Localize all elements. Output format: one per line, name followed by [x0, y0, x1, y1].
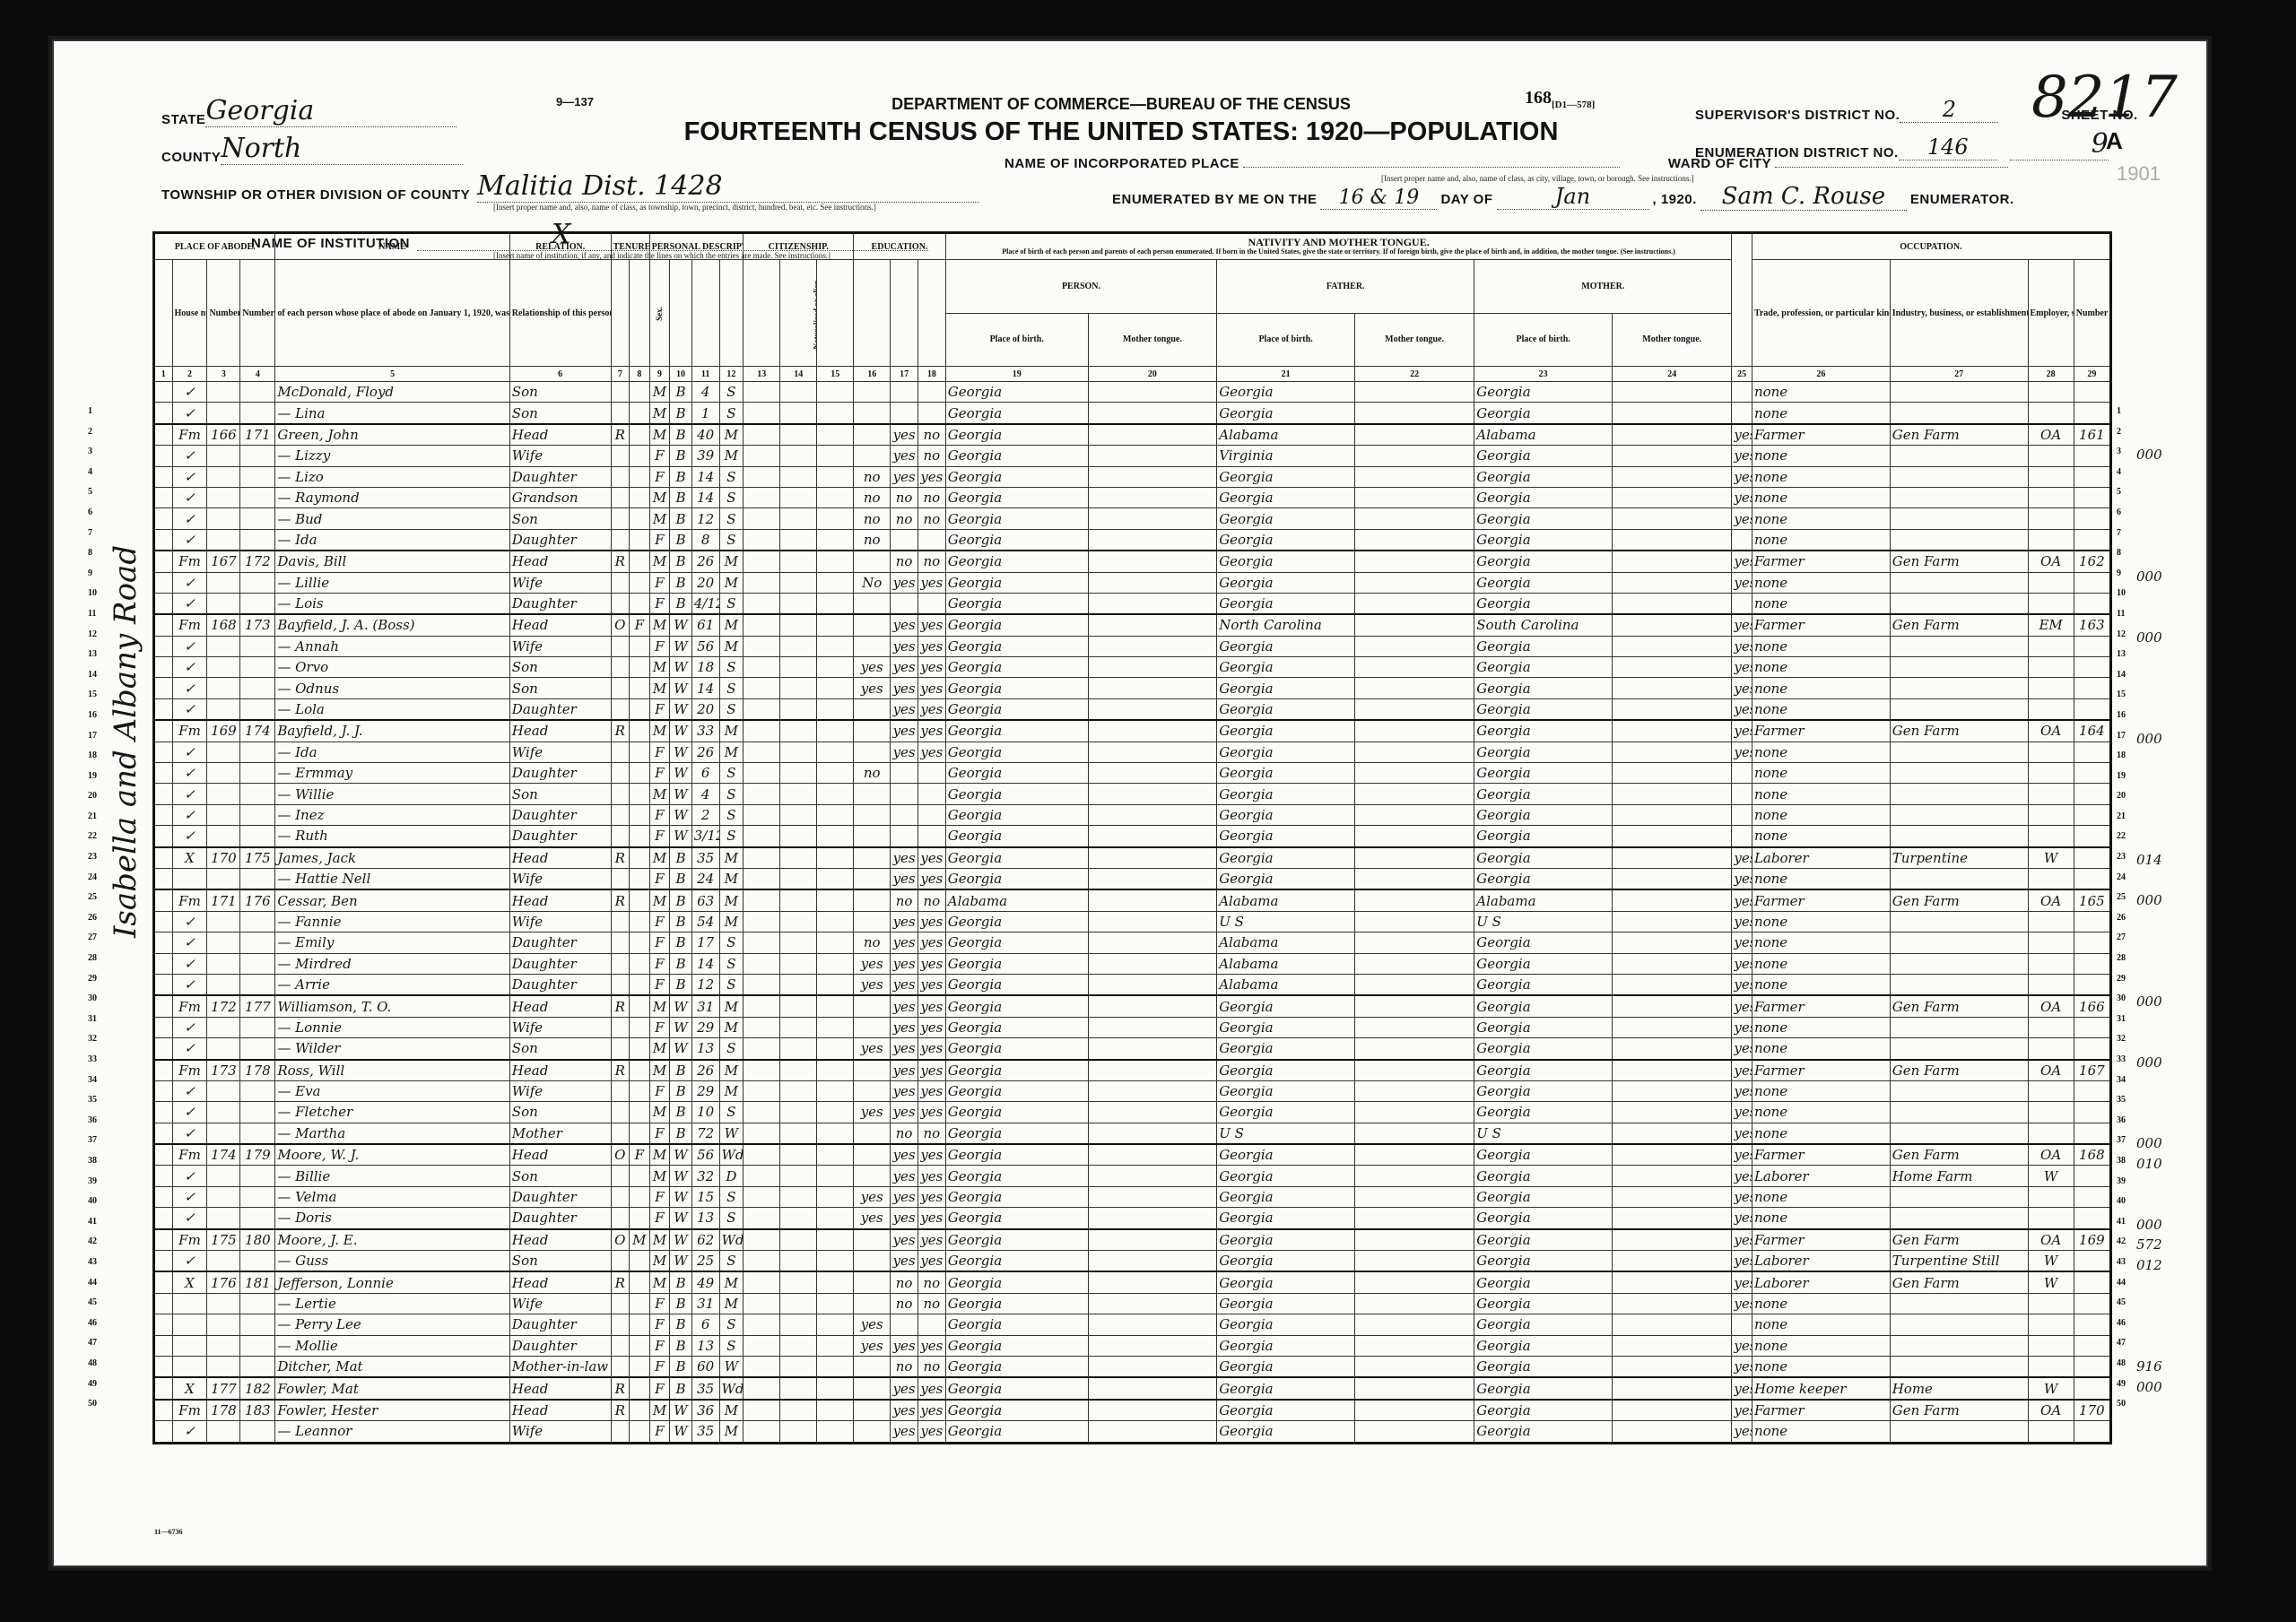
cell-c8 — [630, 593, 650, 614]
cell-c17: yes — [891, 446, 918, 466]
cell-c24 — [1613, 953, 1732, 974]
cell-age: 6 — [691, 1314, 719, 1335]
cell-c18: no — [918, 487, 945, 507]
cell-c20 — [1088, 1293, 1217, 1314]
cell-rel: Daughter — [509, 974, 611, 995]
cell-c14 — [780, 847, 817, 869]
line-number: 20 — [88, 791, 97, 811]
cell-c14 — [780, 1166, 817, 1186]
cell-race: B — [670, 466, 692, 487]
table-row: ✓— BillieSonMW32DyesyesGeorgiaGeorgiaGeo… — [154, 1166, 2111, 1186]
cell-c15 — [817, 1251, 854, 1272]
cell-c24 — [1613, 1144, 1732, 1166]
cell-c18: yes — [918, 1335, 945, 1356]
cell-c14 — [780, 446, 817, 466]
cell-age: 6 — [691, 763, 719, 784]
line-number: 10 — [2117, 588, 2135, 609]
margin-code — [2136, 507, 2162, 528]
cell-c15 — [817, 1060, 854, 1081]
cell-c28: W — [2028, 1251, 2074, 1272]
cell-c22 — [1354, 1080, 1474, 1101]
cell-ind — [1890, 763, 2028, 784]
cell-ind — [1890, 529, 2028, 551]
cell-rel: Son — [509, 403, 611, 424]
cell-bp: Georgia — [945, 698, 1088, 720]
cell-fbp: Georgia — [1217, 1038, 1355, 1060]
cell-rel: Son — [509, 1038, 611, 1060]
cell-c13 — [744, 974, 780, 995]
cell-c24 — [1613, 466, 1732, 487]
cell-c24 — [1613, 1060, 1732, 1081]
cell-rel: Son — [509, 382, 611, 403]
cell-c15 — [817, 1229, 854, 1251]
cell-c25: yes — [1732, 614, 1752, 636]
cell-c28: OA — [2028, 1400, 2074, 1421]
cell-race: B — [670, 847, 692, 869]
cell-c2: ✓ — [172, 974, 207, 995]
cell-rel: Daughter — [509, 804, 611, 825]
cell-ms: S — [719, 678, 744, 698]
cell-c3: 173 — [207, 1060, 240, 1081]
cell-c7 — [611, 466, 630, 487]
cell-c28: OA — [2028, 889, 2074, 911]
cell-ind — [1890, 911, 2028, 932]
cell-name: — Odnus — [275, 678, 509, 698]
cell-c18 — [918, 403, 945, 424]
cell-c20 — [1088, 1123, 1217, 1144]
cell-ms: S — [719, 508, 744, 529]
cell-c7: R — [611, 1377, 630, 1399]
cell-fbp: Georgia — [1217, 1080, 1355, 1101]
cell-c1 — [154, 657, 173, 678]
cell-c7 — [611, 1017, 630, 1037]
cell-mbp: Georgia — [1474, 932, 1613, 953]
cell-c17 — [891, 784, 918, 804]
cell-race: W — [670, 1229, 692, 1251]
cell-c1 — [154, 1335, 173, 1356]
cell-c28: W — [2028, 1166, 2074, 1186]
cell-name: — Inez — [275, 804, 509, 825]
cell-c1 — [154, 974, 173, 995]
line-number: 16 — [2117, 710, 2135, 731]
cell-c18: yes — [918, 1060, 945, 1081]
cell-c8 — [630, 466, 650, 487]
table-row: ✓— FletcherSonMB10SyesyesyesGeorgiaGeorg… — [154, 1102, 2111, 1123]
margin-code — [2136, 528, 2162, 549]
cell-ms: Wd — [719, 1377, 744, 1399]
cell-c13 — [744, 1293, 780, 1314]
column-number: 17 — [891, 367, 918, 382]
cell-name: — Velma — [275, 1186, 509, 1207]
line-number: 13 — [88, 649, 97, 670]
cell-bp: Georgia — [945, 1060, 1088, 1081]
cell-occ: none — [1752, 826, 1890, 847]
cell-c8 — [630, 974, 650, 995]
cell-bp: Georgia — [945, 1186, 1088, 1207]
cell-c18: yes — [918, 1400, 945, 1421]
cell-c15 — [817, 424, 854, 446]
cell-c25 — [1732, 403, 1752, 424]
cell-occ: Farmer — [1752, 720, 1890, 742]
cell-name: — Bud — [275, 508, 509, 529]
cell-c3 — [207, 678, 240, 698]
cell-c7 — [611, 1123, 630, 1144]
cell-c24 — [1613, 636, 1732, 656]
cell-c25: yes — [1732, 847, 1752, 869]
cell-c29: 161 — [2074, 424, 2110, 446]
cell-c20 — [1088, 1038, 1217, 1060]
cell-c24 — [1613, 974, 1732, 995]
cell-c29 — [2074, 1017, 2110, 1037]
cell-fbp: North Carolina — [1217, 614, 1355, 636]
cell-c25 — [1732, 804, 1752, 825]
pencil-note: 1901 — [2117, 162, 2161, 186]
cell-c8 — [630, 508, 650, 529]
cell-c7 — [611, 1251, 630, 1272]
cell-c1 — [154, 1186, 173, 1207]
cell-rel: Wife — [509, 572, 611, 593]
cell-occ: Farmer — [1752, 551, 1890, 572]
cell-ms: S — [719, 1251, 744, 1272]
cell-c2 — [172, 1314, 207, 1335]
cell-sex: F — [649, 1314, 670, 1335]
cell-c22 — [1354, 614, 1474, 636]
line-number: 39 — [88, 1176, 97, 1197]
cell-c18: no — [918, 1271, 945, 1293]
cell-fbp: Alabama — [1217, 889, 1355, 911]
cell-c7 — [611, 784, 630, 804]
cell-ms: M — [719, 572, 744, 593]
right-line-numbers: 1234567891011121314151617181920212223242… — [2117, 406, 2135, 1419]
cell-c2: ✓ — [172, 911, 207, 932]
cell-c24 — [1613, 678, 1732, 698]
cell-occ: none — [1752, 1038, 1890, 1060]
cell-c24 — [1613, 508, 1732, 529]
census-rows: ✓McDonald, FloydSonMB4SGeorgiaGeorgiaGeo… — [154, 382, 2111, 1444]
cell-rel: Wife — [509, 1421, 611, 1443]
cell-c14 — [780, 466, 817, 487]
enumerator-name: Sam C. Rouse — [1700, 183, 1907, 211]
cell-c4 — [240, 678, 275, 698]
cell-c1 — [154, 1208, 173, 1229]
cell-c24 — [1613, 1186, 1732, 1207]
cell-c4 — [240, 1080, 275, 1101]
cell-rel: Grandson — [509, 487, 611, 507]
cell-mbp: U S — [1474, 911, 1613, 932]
cell-c24 — [1613, 593, 1732, 614]
table-row: ✓— LolaDaughterFW20SyesyesGeorgiaGeorgia… — [154, 698, 2111, 720]
margin-code — [2136, 588, 2162, 609]
cell-race: W — [670, 614, 692, 636]
cell-age: 13 — [691, 1335, 719, 1356]
cell-c14 — [780, 1123, 817, 1144]
table-row: ✓— LonnieWifeFW29MyesyesGeorgiaGeorgiaGe… — [154, 1017, 2111, 1037]
cell-c3 — [207, 804, 240, 825]
margin-street-note: Isabella and Albany Road — [108, 545, 143, 938]
cell-age: 2 — [691, 804, 719, 825]
cell-c20 — [1088, 678, 1217, 698]
cell-c2: ✓ — [172, 1251, 207, 1272]
cell-c16: no — [854, 763, 891, 784]
line-number: 29 — [2117, 974, 2135, 994]
cell-c22 — [1354, 974, 1474, 995]
cell-c13 — [744, 932, 780, 953]
cell-fbp: Georgia — [1217, 1017, 1355, 1037]
cell-race: B — [670, 911, 692, 932]
cell-c3 — [207, 1421, 240, 1443]
cell-c14 — [780, 1080, 817, 1101]
cell-occ: none — [1752, 1208, 1890, 1229]
line-number: 43 — [2117, 1257, 2135, 1278]
cell-c2: X — [172, 847, 207, 869]
cell-c16 — [854, 889, 891, 911]
cell-bp: Georgia — [945, 742, 1088, 762]
cell-c8 — [630, 804, 650, 825]
cell-sex: F — [649, 529, 670, 551]
table-row: ✓— LizzyWifeFB39MyesnoGeorgiaVirginiaGeo… — [154, 446, 2111, 466]
cell-fbp: Virginia — [1217, 446, 1355, 466]
cell-c8 — [630, 720, 650, 742]
line-number: 45 — [88, 1297, 97, 1318]
cell-c16: yes — [854, 1038, 891, 1060]
table-row: ✓— LeannorWifeFW35MyesyesGeorgiaGeorgiaG… — [154, 1421, 2111, 1443]
cell-mbp: Georgia — [1474, 742, 1613, 762]
cell-c29 — [2074, 742, 2110, 762]
cell-c3 — [207, 763, 240, 784]
cell-c18: yes — [918, 1080, 945, 1101]
cell-c20 — [1088, 720, 1217, 742]
cell-name: — Doris — [275, 1208, 509, 1229]
line-number: 22 — [88, 831, 97, 852]
cell-c15 — [817, 995, 854, 1017]
cell-c24 — [1613, 889, 1732, 911]
line-number: 35 — [88, 1095, 97, 1115]
cell-c17: yes — [891, 657, 918, 678]
cell-rel: Daughter — [509, 593, 611, 614]
cell-c29 — [2074, 593, 2110, 614]
cell-mbp: Georgia — [1474, 1335, 1613, 1356]
cell-ind — [1890, 1421, 2028, 1443]
line-number: 33 — [2117, 1054, 2135, 1075]
cell-c20 — [1088, 742, 1217, 762]
cell-c4 — [240, 1017, 275, 1037]
cell-c3 — [207, 953, 240, 974]
cell-c25: yes — [1732, 1251, 1752, 1272]
cell-c25: yes — [1732, 636, 1752, 656]
line-number: 6 — [2117, 507, 2135, 528]
cell-c7: R — [611, 720, 630, 742]
cell-name: — Lina — [275, 403, 509, 424]
cell-fbp: Alabama — [1217, 932, 1355, 953]
cell-c17: yes — [891, 1335, 918, 1356]
cell-name: — Lizo — [275, 466, 509, 487]
cell-fbp: Georgia — [1217, 1356, 1355, 1377]
cell-c14 — [780, 403, 817, 424]
cell-c20 — [1088, 614, 1217, 636]
cell-c16 — [854, 1356, 891, 1377]
cell-c4 — [240, 932, 275, 953]
cell-bp: Georgia — [945, 720, 1088, 742]
cell-sex: F — [649, 742, 670, 762]
cell-c22 — [1354, 742, 1474, 762]
cell-c20 — [1088, 446, 1217, 466]
cell-c17: yes — [891, 953, 918, 974]
line-number: 21 — [88, 811, 97, 832]
cell-c13 — [744, 1102, 780, 1123]
cell-c3 — [207, 1038, 240, 1060]
cell-name: — Lois — [275, 593, 509, 614]
cell-c28 — [2028, 657, 2074, 678]
cell-ms: M — [719, 995, 744, 1017]
cell-c7 — [611, 572, 630, 593]
cell-c14 — [780, 1421, 817, 1443]
cell-bp: Georgia — [945, 1377, 1088, 1399]
cell-c7 — [611, 1166, 630, 1186]
cell-bp: Georgia — [945, 868, 1088, 889]
line-number: 36 — [88, 1115, 97, 1136]
cell-c3: 167 — [207, 551, 240, 572]
cell-c7 — [611, 932, 630, 953]
cell-ms: M — [719, 1400, 744, 1421]
cell-c18: yes — [918, 847, 945, 869]
cell-c18 — [918, 382, 945, 403]
margin-code — [2136, 771, 2162, 792]
cell-name: — Fannie — [275, 911, 509, 932]
cell-c17: yes — [891, 636, 918, 656]
cell-c15 — [817, 551, 854, 572]
cell-c22 — [1354, 1102, 1474, 1123]
line-number: 2 — [88, 427, 97, 447]
cell-c20 — [1088, 953, 1217, 974]
line-number: 3 — [2117, 447, 2135, 467]
cell-c8 — [630, 424, 650, 446]
cell-age: 24 — [691, 868, 719, 889]
cell-occ: none — [1752, 932, 1890, 953]
line-number: 9 — [88, 568, 97, 589]
cell-c8: F — [630, 614, 650, 636]
cell-c15 — [817, 614, 854, 636]
cell-c3: 176 — [207, 1271, 240, 1293]
cell-sex: F — [649, 1186, 670, 1207]
table-row: — Perry LeeDaughterFB6SyesGeorgiaGeorgia… — [154, 1314, 2111, 1335]
cell-bp: Alabama — [945, 889, 1088, 911]
cell-c2: ✓ — [172, 636, 207, 656]
cell-occ: Home keeper — [1752, 1377, 1890, 1399]
cell-mbp: Alabama — [1474, 889, 1613, 911]
cell-ind — [1890, 678, 2028, 698]
cell-race: W — [670, 678, 692, 698]
line-number: 21 — [2117, 811, 2135, 832]
cell-c2: ✓ — [172, 487, 207, 507]
cell-c24 — [1613, 657, 1732, 678]
line-number: 34 — [2117, 1075, 2135, 1096]
cell-occ: none — [1752, 784, 1890, 804]
cell-c18: yes — [918, 1421, 945, 1443]
cell-name: Ross, Will — [275, 1060, 509, 1081]
cell-c24 — [1613, 572, 1732, 593]
group-citizenship: CITIZENSHIP. — [744, 233, 854, 260]
cell-rel: Daughter — [509, 953, 611, 974]
line-number: 42 — [88, 1236, 97, 1257]
margin-code — [2136, 974, 2162, 994]
cell-c28 — [2028, 826, 2074, 847]
cell-mbp: Georgia — [1474, 826, 1613, 847]
cell-c17: yes — [891, 1208, 918, 1229]
cell-occ: none — [1752, 382, 1890, 403]
cell-age: 26 — [691, 742, 719, 762]
cell-c13 — [744, 424, 780, 446]
cell-c4: 183 — [240, 1400, 275, 1421]
cell-c14 — [780, 868, 817, 889]
cell-c16: yes — [854, 1186, 891, 1207]
cell-age: 12 — [691, 974, 719, 995]
cell-c7 — [611, 1080, 630, 1101]
cell-rel: Wife — [509, 636, 611, 656]
cell-c29 — [2074, 1293, 2110, 1314]
cell-c18: no — [918, 508, 945, 529]
cell-c17: yes — [891, 995, 918, 1017]
cell-sex: M — [649, 784, 670, 804]
cell-c4: 173 — [240, 614, 275, 636]
cell-occ: none — [1752, 1335, 1890, 1356]
cell-fbp: Georgia — [1217, 1400, 1355, 1421]
line-number: 35 — [2117, 1095, 2135, 1115]
cell-c1 — [154, 953, 173, 974]
cell-c2: ✓ — [172, 1123, 207, 1144]
cell-c3 — [207, 1251, 240, 1272]
cell-c18 — [918, 763, 945, 784]
cell-ind: Gen Farm — [1890, 889, 2028, 911]
table-row: ✓— RuthDaughterFW3/12SGeorgiaGeorgiaGeor… — [154, 826, 2111, 847]
cell-c13 — [744, 911, 780, 932]
cell-fbp: Georgia — [1217, 1271, 1355, 1293]
cell-c13 — [744, 847, 780, 869]
cell-c8 — [630, 1377, 650, 1399]
cell-c3 — [207, 1186, 240, 1207]
cell-c15 — [817, 1123, 854, 1144]
col-21-header: Place of birth. — [1217, 313, 1355, 367]
cell-fbp: Georgia — [1217, 804, 1355, 825]
cell-ms: S — [719, 974, 744, 995]
cell-c25: yes — [1732, 889, 1752, 911]
col-24-header: Mother tongue. — [1613, 313, 1732, 367]
line-number: 32 — [88, 1034, 97, 1054]
cell-c2 — [172, 1335, 207, 1356]
cell-c13 — [744, 636, 780, 656]
line-number: 44 — [88, 1278, 97, 1298]
cell-c25: yes — [1732, 1144, 1752, 1166]
cell-ms: Wd — [719, 1229, 744, 1251]
cell-c18 — [918, 784, 945, 804]
cell-ind: Gen Farm — [1890, 614, 2028, 636]
cell-bp: Georgia — [945, 1229, 1088, 1251]
cell-fbp: Georgia — [1217, 529, 1355, 551]
cell-c14 — [780, 1271, 817, 1293]
cell-ind: Gen Farm — [1890, 1400, 2028, 1421]
cell-ms: S — [719, 932, 744, 953]
cell-c22 — [1354, 1060, 1474, 1081]
cell-c24 — [1613, 868, 1732, 889]
line-number: 12 — [2117, 629, 2135, 650]
cell-c15 — [817, 657, 854, 678]
cell-c8 — [630, 1166, 650, 1186]
cell-sex: M — [649, 382, 670, 403]
col-9-header: Sex. — [649, 260, 670, 367]
cell-c8 — [630, 1400, 650, 1421]
cell-c8 — [630, 868, 650, 889]
cell-c25: yes — [1732, 657, 1752, 678]
incorporated-value — [1243, 167, 1620, 168]
